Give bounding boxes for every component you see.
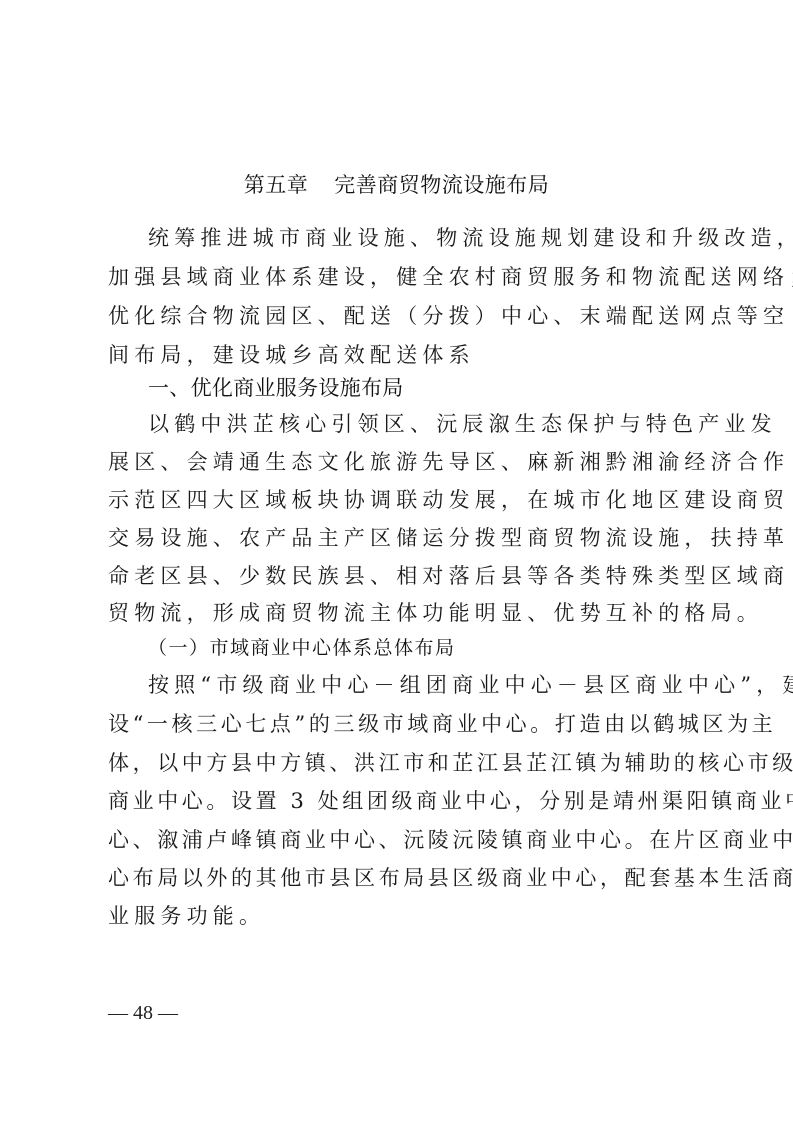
paragraph-line: 心、溆浦卢峰镇商业中心、沅陵沅陵镇商业中心。在片区商业中 [108,826,688,854]
paragraph-line: 统筹推进城市商业设施、物流设施规划建设和升级改造， [148,224,688,252]
paragraph-line: 以鹤中洪芷核心引领区、沅辰溆生态保护与特色产业发 [148,410,688,438]
paragraph-line: 体，以中方县中方镇、洪江市和芷江县芷江镇为辅助的核心市级 [108,749,688,777]
paragraph-line: 优化综合物流园区、配送（分拨）中心、末端配送网点等空 [108,302,688,330]
paragraph-line: 心布局以外的其他市县区布局县区级商业中心，配套基本生活商 [108,864,688,892]
subsection-heading: （一）市域商业中心体系总体布局 [148,634,456,662]
paragraph-line: 间布局，建设城乡高效配送体系 [108,341,688,369]
paragraph-line: 命老区县、少数民族县、相对落后县等各类特殊类型区域商 [108,562,688,590]
chapter-title: 第五章完善商贸物流设施布局 [0,171,793,199]
paragraph-line: 业服务功能。 [108,902,688,930]
page-number: — 48 — [108,1000,178,1026]
paragraph-line: 贸物流，形成商贸物流主体功能明显、优势互补的格局。 [108,599,688,627]
chapter-number: 第五章 [244,173,309,197]
paragraph-line: 展区、会靖通生态文化旅游先导区、麻新湘黔湘渝经济合作 [108,448,688,476]
paragraph-line: 按照“市级商业中心－组团商业中心－县区商业中心”，建 [148,671,688,699]
paragraph-line: 设“一核三心七点”的三级市域商业中心。打造由以鹤城区为主 [108,710,688,738]
section-heading: 一、优化商业服务设施布局 [148,374,404,402]
paragraph-line: 加强县域商业体系建设，健全农村商贸服务和物流配送网络； [108,263,688,291]
paragraph-line: 商业中心。设置 3 处组团级商业中心，分别是靖州渠阳镇商业中 [108,787,688,815]
chapter-name: 完善商贸物流设施布局 [334,173,549,197]
paragraph-line: 交易设施、农产品主产区储运分拨型商贸物流设施，扶持革 [108,524,688,552]
paragraph-line: 示范区四大区域板块协调联动发展，在城市化地区建设商贸 [108,486,688,514]
